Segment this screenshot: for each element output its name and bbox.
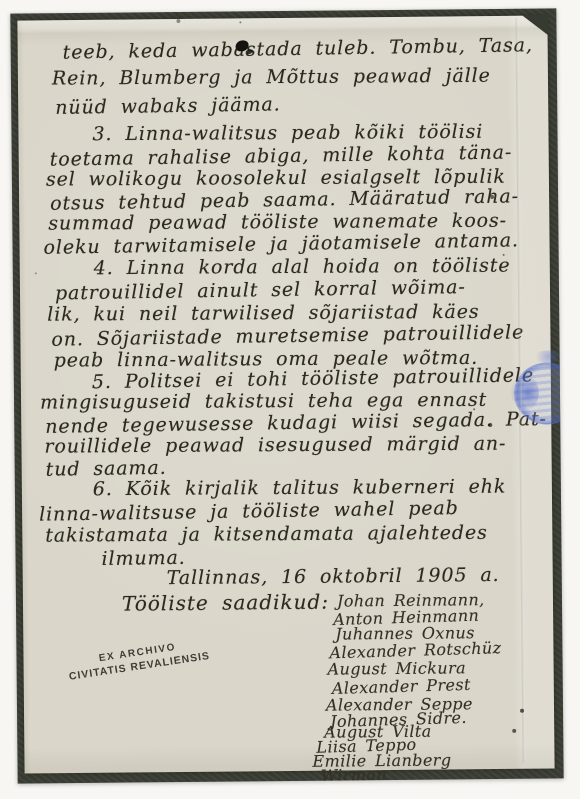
handwritten-line: 3. Linna-walitsus peab kõiki töölisi <box>92 121 483 146</box>
handwritten-line: nüüd wabaks jääma. <box>55 93 281 119</box>
clipped-corner <box>521 14 548 35</box>
signatories-label: Tööliste saadikud: <box>122 590 329 616</box>
handwritten-line: rouillidele peawad isesugused märgid an- <box>44 433 506 458</box>
archive-stamp: EX ARCHIVO CIVITATIS REVALIENSIS <box>63 636 215 683</box>
document-page: teeb, keda wabastada tuleb. Tombu, Tasa,… <box>17 15 554 773</box>
dateline: Tallinnas, 16 oktobril 1905 a. <box>167 564 500 589</box>
blue-stain-blob <box>511 375 539 411</box>
photo-mount: teeb, keda wabastada tuleb. Tombu, Tasa,… <box>10 8 563 783</box>
dust-specks <box>17 21 19 23</box>
handwritten-line: patrouillidel ainult sel korral wõima- <box>55 276 466 304</box>
handwritten-line: lik, kui neil tarwilised sõjariistad käe… <box>47 301 479 326</box>
handwritten-line: teeb, keda wabastada tuleb. Tombu, Tasa, <box>63 34 533 63</box>
handwritten-line: takistamata ja kitsendamata ajalehtedes <box>45 522 488 547</box>
blue-stain-arc <box>532 350 564 362</box>
handwritten-line: Rein, Blumberg ja Mõttus peawad jälle <box>52 65 491 90</box>
signature: Wirman <box>320 764 387 783</box>
